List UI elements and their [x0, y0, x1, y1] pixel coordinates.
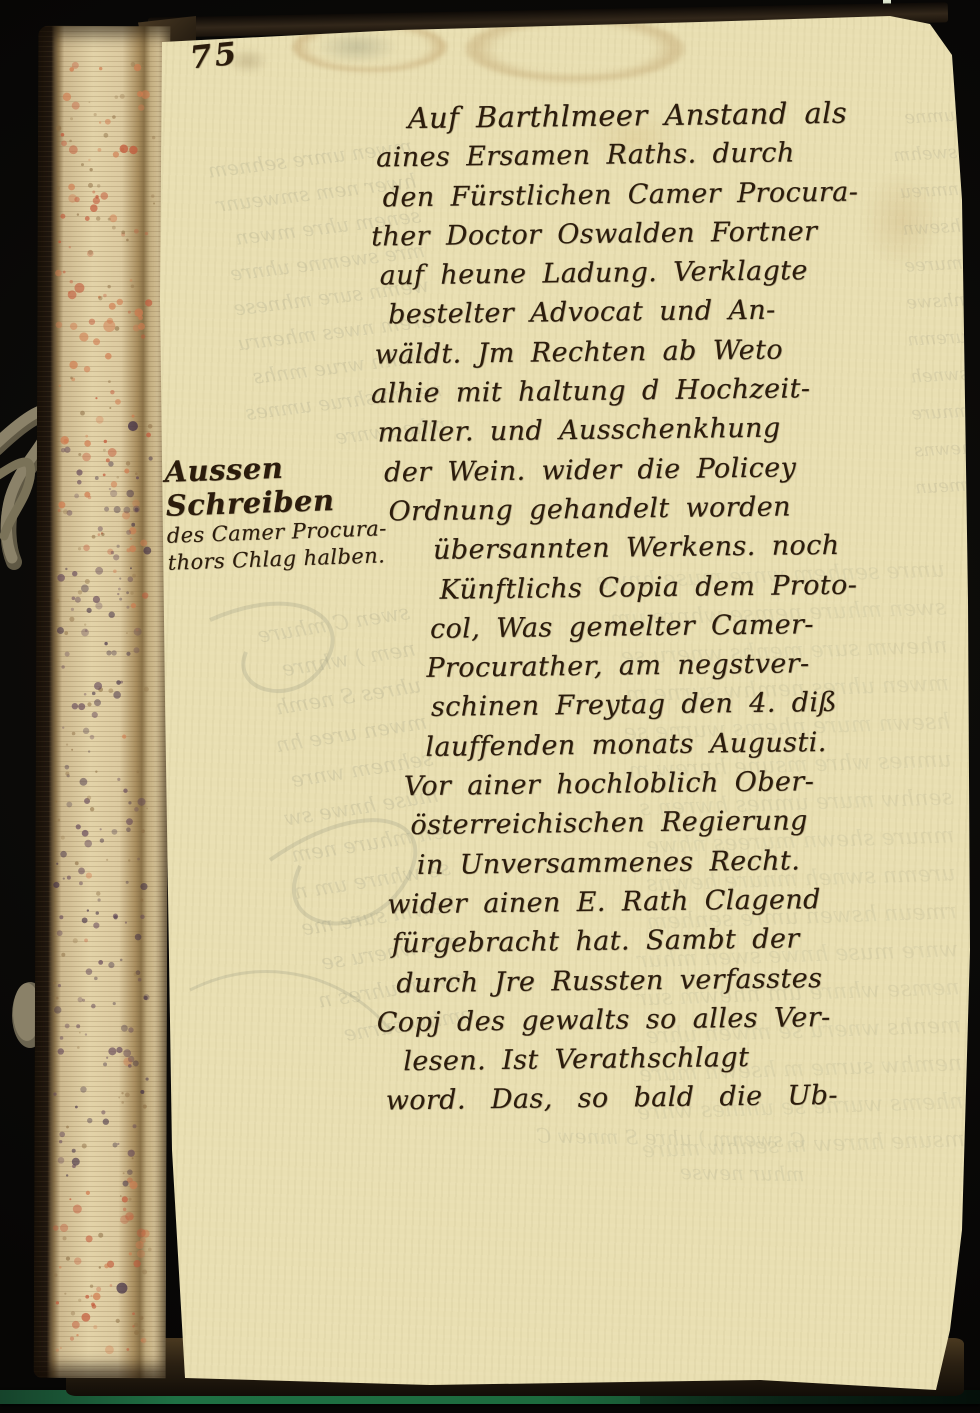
gray-stain [316, 30, 398, 64]
folio-number: 75 [188, 36, 241, 77]
fore-edge-page-stack [34, 26, 171, 1378]
body-text: Auf Barthlmeer Anstand alsaines Ersamen … [365, 92, 963, 1169]
text-line: word. Das, so bald die Ub- [377, 1075, 962, 1121]
manuscript-photo: mwen umre sehnemhwer nem smweunrsenem uh… [0, 0, 980, 1413]
fore-edge-speckles [34, 26, 171, 1378]
